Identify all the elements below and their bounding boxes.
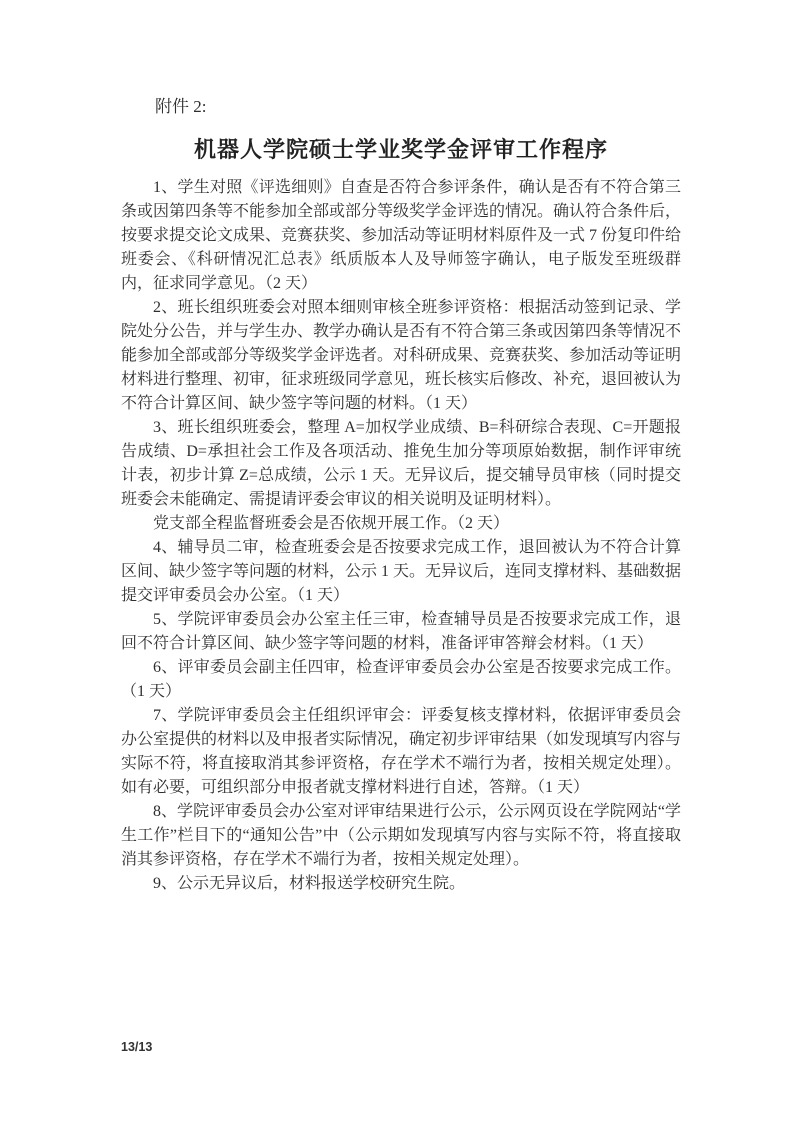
- document-page: 附件 2: 机器人学院硕士学业奖学金评审工作程序 1、学生对照《评选细则》自查是…: [0, 0, 799, 1131]
- paragraph-step-6: 6、评审委员会副主任四审，检查评审委员会办公室是否按要求完成工作。（1 天）: [121, 656, 681, 704]
- paragraph-step-3: 3、班长组织班委会，整理 A=加权学业成绩、B=科研综合表现、C=开题报告成绩、…: [121, 416, 681, 512]
- paragraph-step-9: 9、公示无异议后，材料报送学校研究生院。: [121, 872, 681, 896]
- document-content: 附件 2: 机器人学院硕士学业奖学金评审工作程序 1、学生对照《评选细则》自查是…: [121, 94, 681, 896]
- document-title: 机器人学院硕士学业奖学金评审工作程序: [121, 134, 681, 166]
- paragraph-step-8: 8、学院评审委员会办公室对评审结果进行公示，公示网页设在学院网站“学生工作”栏目…: [121, 800, 681, 872]
- paragraph-step-1: 1、学生对照《评选细则》自查是否符合参评条件，确认是否有不符合第三条或因第四条等…: [121, 176, 681, 296]
- paragraph-step-5: 5、学院评审委员会办公室主任三审，检查辅导员是否按要求完成工作，退回不符合计算区…: [121, 608, 681, 656]
- paragraph-party-branch-note: 党支部全程监督班委会是否依规开展工作。（2 天）: [121, 512, 681, 536]
- paragraph-step-4: 4、辅导员二审，检查班委会是否按要求完成工作，退回被认为不符合计算区间、缺少签字…: [121, 536, 681, 608]
- paragraph-step-7: 7、学院评审委员会主任组织评审会：评委复核支撑材料，依据评审委员会办公室提供的材…: [121, 704, 681, 800]
- page-number: 13/13: [121, 1040, 152, 1054]
- document-body: 1、学生对照《评选细则》自查是否符合参评条件，确认是否有不符合第三条或因第四条等…: [121, 176, 681, 896]
- attachment-label: 附件 2:: [121, 94, 681, 120]
- paragraph-step-2: 2、班长组织班委会对照本细则审核全班参评资格：根据活动签到记录、学院处分公告，并…: [121, 296, 681, 416]
